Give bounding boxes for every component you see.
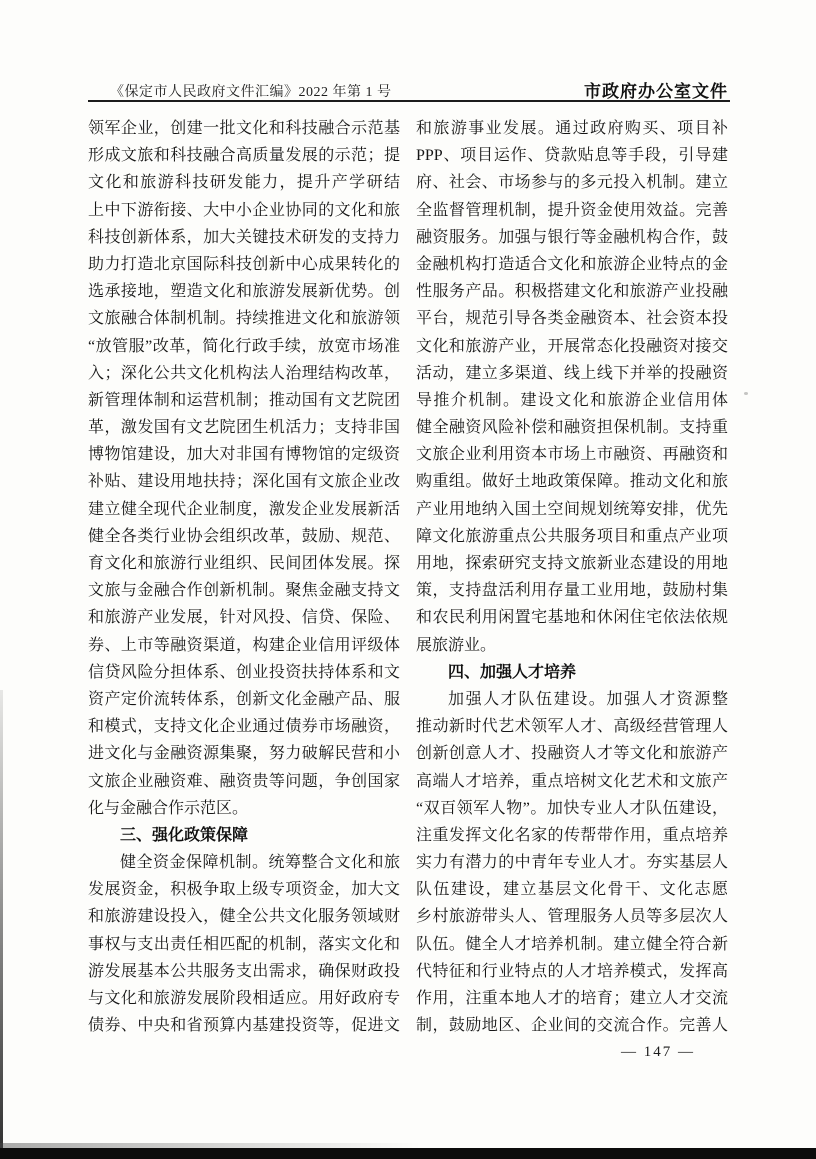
text-line: 信贷风险分担体系、创业投资扶持体系和文化	[88, 659, 400, 686]
text-line: 补贴、建设用地扶持；深化国有文旅企业改革，	[88, 468, 400, 495]
text-line: 事权与支出责任相匹配的机制，落实文化和旅	[88, 931, 400, 958]
text-line: 全监督管理机制，提升资金使用效益。完善投	[416, 197, 728, 224]
page-number: — 147 —	[598, 1044, 718, 1061]
text-line: 化与金融合作示范区。	[88, 795, 400, 822]
text-line: 领军企业，创建一批文化和科技融合示范基地，	[88, 115, 400, 142]
text-line: 入；深化公共文化机构法人治理结构改革，创	[88, 360, 400, 387]
text-line: 高端人才培养，重点培树文化艺术和文旅产业	[416, 768, 728, 795]
text-line: 活动，建立多渠道、线上线下并举的投融资辅	[416, 360, 728, 387]
text-line: 健全融资风险补偿和融资担保机制。支持重点	[416, 414, 728, 441]
text-line: 代特征和行业特点的人才培养模式，发挥高校	[416, 958, 728, 985]
section-heading: 四、加强人才培养	[416, 659, 728, 686]
text-line: 障文化旅游重点公共服务项目和重点产业项目	[416, 523, 728, 550]
text-line: 策，支持盘活利用存量工业用地，鼓励村集体	[416, 577, 728, 604]
text-line: 和旅游产业发展，针对风投、信贷、保险、债	[88, 604, 400, 631]
text-line: 和旅游建设投入，健全公共文化服务领域财权	[88, 903, 400, 930]
text-line: 健全资金保障机制。统筹整合文化和旅游	[88, 849, 400, 876]
text-line: 制，鼓励地区、企业间的交流合作。完善人才	[416, 1012, 728, 1039]
text-line: 上中下游衔接、大中小企业协同的文化和旅游	[88, 197, 400, 224]
text-line: 推动新时代艺术领军人才、高级经营管理人才、	[416, 713, 728, 740]
text-line: 实力有潜力的中青年专业人才。夯实基层人才	[416, 849, 728, 876]
header-compilation-title: 《保定市人民政府文件汇编》2022 年第 1 号	[110, 81, 392, 101]
text-line: 选承接地，塑造文化和旅游发展新优势。创新	[88, 278, 400, 305]
text-line: 健全各类行业协会组织改革，鼓励、规范、培	[88, 523, 400, 550]
text-line: 产业用地纳入国土空间规划统筹安排，优先保	[416, 496, 728, 523]
text-line: 博物馆建设，加大对非国有博物馆的定级资金	[88, 441, 400, 468]
text-line: 金融机构打造适合文化和旅游企业特点的金融	[416, 251, 728, 278]
text-line: 形成文旅和科技融合高质量发展的示范；提高	[88, 142, 400, 169]
text-line: 进文化与金融资源集聚，努力破解民营和小微	[88, 740, 400, 767]
text-line: 创新创意人才、投融资人才等文化和旅游产业	[416, 740, 728, 767]
text-line: 府、社会、市场参与的多元投入机制。建立健	[416, 169, 728, 196]
text-line: 和旅游事业发展。通过政府购买、项目补贴、	[416, 115, 728, 142]
text-line: 乡村旅游带头人、管理服务人员等多层次人才	[416, 903, 728, 930]
text-line: 性服务产品。积极搭建文化和旅游产业投融资	[416, 278, 728, 305]
text-line: 文旅企业融资难、融资贵等问题，争创国家文	[88, 768, 400, 795]
header-rule	[88, 100, 730, 102]
text-line: 平台，规范引导各类金融资本、社会资本投入	[416, 305, 728, 332]
header-document-category: 市政府办公室文件	[584, 77, 728, 102]
text-line: 融资服务。加强与银行等金融机构合作，鼓励	[416, 224, 728, 251]
text-line: 债券、中央和省预算内基建投资等，促进文化	[88, 1012, 400, 1039]
text-line: 科技创新体系，加大关键技术研发的支持力度，	[88, 224, 400, 251]
text-line: “放管服”改革，简化行政手续，放宽市场准	[88, 333, 400, 360]
text-line: 与文化和旅游发展阶段相适应。用好政府专项	[88, 985, 400, 1012]
text-line: 队伍建设，建立基层文化骨干、文化志愿者、	[416, 876, 728, 903]
text-line: 加强人才队伍建设。加强人才资源整合，	[416, 686, 728, 713]
text-line: 和模式，支持文化企业通过债券市场融资，促	[88, 713, 400, 740]
text-line: 育文化和旅游行业组织、民间团体发展。探索	[88, 550, 400, 577]
text-line: “双百领军人物”。加快专业人才队伍建设，	[416, 795, 728, 822]
text-line: 文旅融合体制机制。持续推进文化和旅游领域	[88, 305, 400, 332]
scan-speck	[744, 392, 748, 395]
text-line: 队伍。健全人才培养机制。建立健全符合新时	[416, 931, 728, 958]
text-line: 文化和旅游科技研发能力，提升产学研结合、	[88, 169, 400, 196]
text-line: 文化和旅游产业，开展常态化投融资对接交流	[416, 333, 728, 360]
section-heading: 三、强化政策保障	[88, 822, 400, 849]
text-column-left: 领军企业，创建一批文化和科技融合示范基地，形成文旅和科技融合高质量发展的示范；提…	[88, 115, 400, 1039]
text-line: 用地，探索研究支持文旅新业态建设的用地政	[416, 550, 728, 577]
text-column-right: 和旅游事业发展。通过政府购买、项目补贴、PPP、项目运作、贷款贴息等手段，引导建…	[416, 115, 728, 1039]
text-line: 助力打造北京国际科技创新中心成果转化的首	[88, 251, 400, 278]
text-line: 文旅与金融合作创新机制。聚焦金融支持文化	[88, 577, 400, 604]
text-line: 文旅企业利用资本市场上市融资、再融资和并	[416, 441, 728, 468]
scan-edge-artifact-left	[0, 690, 3, 1159]
text-line: 和农民利用闲置宅基地和休闲住宅依法依规发	[416, 604, 728, 631]
text-line: 作用，注重本地人才的培育；建立人才交流机	[416, 985, 728, 1012]
text-line: 建立健全现代企业制度，激发企业发展新活力；	[88, 496, 400, 523]
text-line: 革，激发国有文艺院团生机活力；支持非国有	[88, 414, 400, 441]
text-line: 导推介机制。建设文化和旅游企业信用体系，	[416, 387, 728, 414]
text-line: 资产定价流转体系，创新文化金融产品、服务	[88, 686, 400, 713]
scan-edge-artifact-bottom	[0, 1148, 816, 1159]
text-line: PPP、项目运作、贷款贴息等手段，引导建立政	[416, 142, 728, 169]
text-line: 发展资金，积极争取上级专项资金，加大文化	[88, 876, 400, 903]
text-line: 注重发挥文化名家的传帮带作用，重点培养有	[416, 822, 728, 849]
document-page: 《保定市人民政府文件汇编》2022 年第 1 号 市政府办公室文件 领军企业，创…	[0, 0, 816, 1159]
text-line: 游发展基本公共服务支出需求，确保财政投入	[88, 958, 400, 985]
text-line: 展旅游业。	[416, 632, 728, 659]
text-line: 新管理体制和运营机制；推动国有文艺院团改	[88, 387, 400, 414]
text-line: 券、上市等融资渠道，构建企业信用评级体系、	[88, 632, 400, 659]
text-line: 购重组。做好土地政策保障。推动文化和旅游	[416, 468, 728, 495]
